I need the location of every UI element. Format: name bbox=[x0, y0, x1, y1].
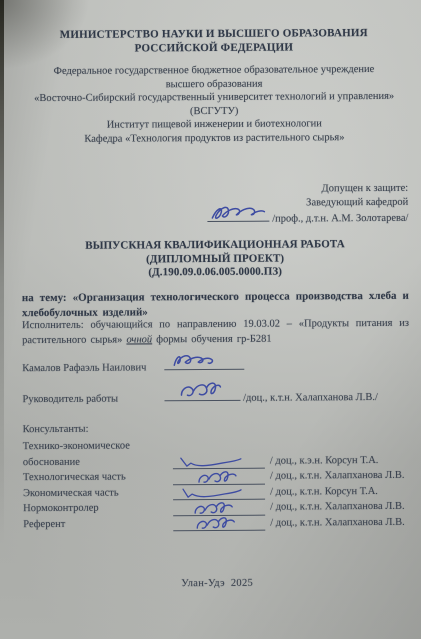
consultant-name: / доц., к.т.н. Корсун Т.А. bbox=[265, 483, 410, 499]
document-photo: МИНИСТЕРСТВО НАУКИ И ВЫСШЕГО ОБРАЗОВАНИЯ… bbox=[0, 0, 421, 639]
consultant-label: Нормоконтролер bbox=[23, 500, 173, 516]
consultant-signature-line bbox=[173, 455, 265, 470]
consultant-name: / доц., к.т.н. Халапханова Л.В. bbox=[265, 468, 410, 484]
executor-text-after: формы обучения гр-Б281 bbox=[156, 333, 271, 345]
consultant-signature-line bbox=[173, 517, 265, 532]
institution-block: Федеральное государственное бюджетное об… bbox=[20, 63, 407, 146]
executor-name-row: Камалов Рафаэль Наилович bbox=[22, 357, 409, 375]
signature-khalapkhanova bbox=[178, 379, 222, 403]
consultant-name: / доц., к.т.н. Халапханова Л.В. bbox=[265, 499, 410, 515]
university-name: «Восточно-Сибирский государственный унив… bbox=[21, 90, 408, 106]
consultant-label: Референт bbox=[23, 516, 173, 532]
supervisor-row: Руководитель работы /доц., к.т.н. Халапх… bbox=[22, 388, 409, 406]
institution-line1: Федеральное государственное бюджетное об… bbox=[20, 63, 407, 79]
study-form: очной bbox=[126, 334, 152, 345]
city-year: Улан-Удэ 2025 bbox=[24, 576, 411, 591]
supervisor-signature-line bbox=[164, 389, 240, 401]
signature-kamalov bbox=[170, 350, 216, 372]
work-title-block: ВЫПУСКНАЯ КВАЛИФИКАЦИОННАЯ РАБОТА (ДИПЛО… bbox=[22, 238, 409, 281]
signature-zolotareva bbox=[209, 202, 267, 224]
title-page: МИНИСТЕРСТВО НАУКИ И ВЫСШЕГО ОБРАЗОВАНИЯ… bbox=[0, 0, 421, 639]
ministry-line1: МИНИСТЕРСТВО НАУКИ И ВЫСШЕГО ОБРАЗОВАНИЯ bbox=[20, 26, 407, 42]
consultant-label: Технологическая часть bbox=[23, 469, 173, 485]
consultant-signature-line bbox=[173, 501, 265, 516]
ministry-header: МИНИСТЕРСТВО НАУКИ И ВЫСШЕГО ОБРАЗОВАНИЯ… bbox=[20, 26, 407, 56]
consultant-row: Технико-экономическое обоснование / доц.… bbox=[23, 437, 410, 470]
approval-block: Допущен к защите: Заведующий кафедрой /п… bbox=[21, 182, 408, 228]
consultants-block: Технико-экономическое обоснование / доц.… bbox=[23, 437, 411, 532]
supervisor-name: /доц., к.т.н. Халапханова Л.В./ bbox=[240, 391, 378, 405]
consultant-signature-line bbox=[173, 486, 265, 501]
consultant-label: Экономическая часть bbox=[23, 485, 173, 501]
consultants-label: Консультанты: bbox=[23, 421, 410, 436]
supervisor-label: Руководитель работы bbox=[22, 393, 118, 407]
work-code: (Д.190.09.0.06.005.0000.ПЗ) bbox=[22, 265, 409, 281]
consultant-row: Референт / доц., к.т.н. Халапханова Л.В. bbox=[23, 514, 410, 532]
consultant-name: / доц., к.э.н. Корсун Т.А. bbox=[265, 452, 410, 468]
ministry-line2: РОССИЙСКОЙ ФЕДЕРАЦИИ bbox=[20, 40, 407, 56]
executor-paragraph: Исполнитель: обучающийся по направлению … bbox=[22, 317, 409, 348]
executor-name: Камалов Рафаэль Наилович bbox=[22, 361, 146, 375]
consultant-label: Технико-экономическое обоснование bbox=[23, 438, 173, 470]
approver-name: /проф., д.т.н. А.М. Золотарева/ bbox=[272, 213, 408, 225]
executor-signature-line bbox=[164, 358, 244, 370]
theme-prefix: на тему: bbox=[22, 292, 67, 304]
signature-khalapkhanova bbox=[197, 468, 239, 486]
theme-text: «Организация технологического процесса п… bbox=[22, 290, 409, 319]
signature-khalapkhanova bbox=[195, 515, 237, 533]
consultant-name: / доц., к.т.н. Халапханова Л.В. bbox=[265, 514, 410, 530]
department-name: Кафедра «Технология продуктов из растите… bbox=[21, 130, 408, 146]
consultant-signature-line bbox=[173, 470, 265, 485]
approver-signature-line bbox=[208, 210, 270, 222]
